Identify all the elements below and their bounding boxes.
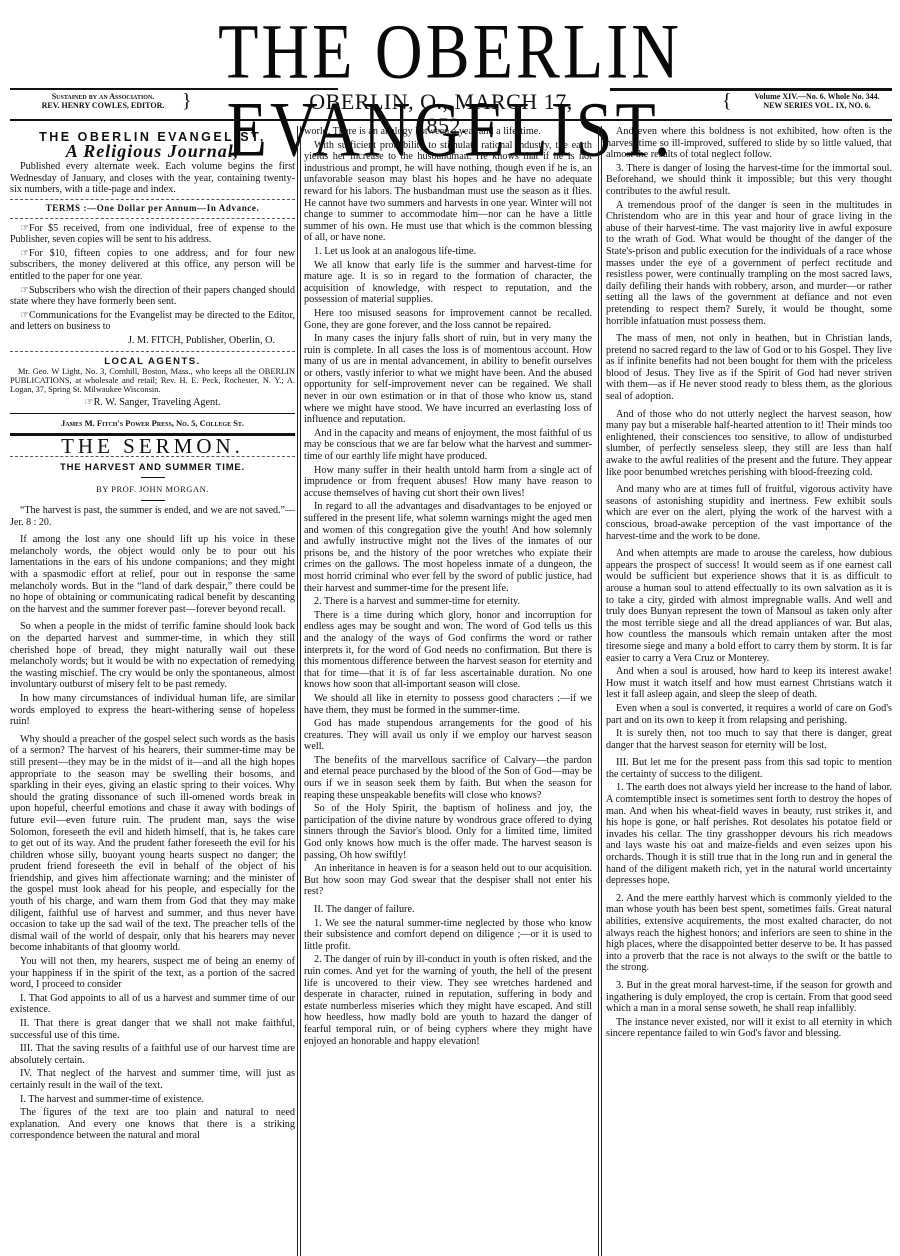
division-point: II. That there is great danger that we s…	[10, 1018, 295, 1041]
editor-line: REV. HENRY COWLES, EDITOR.	[18, 101, 188, 110]
traveling-agent: ☞R. W. Sanger, Traveling Agent.	[10, 397, 295, 409]
paragraph: And when attempts are made to arouse the…	[606, 548, 892, 664]
short-rule	[141, 477, 165, 478]
publisher-box-subtitle: A Religious Journal,	[10, 146, 295, 158]
notice-five-dollars: ☞For $5 received, from one individual, f…	[10, 223, 295, 246]
paragraph: world. There is an analogy between a yea…	[304, 126, 592, 138]
paragraph: And many who are at times full of fruitf…	[606, 484, 892, 542]
paragraph: There is a time during which glory, hono…	[304, 610, 592, 691]
subheading: III. But let me for the present pass fro…	[606, 757, 892, 780]
paragraph: We should all like in eternity to posses…	[304, 693, 592, 716]
article-title: THE HARVEST AND SUMMER TIME.	[10, 462, 295, 474]
sustained-by-line: Sustained by an Association.	[18, 92, 188, 101]
paragraph: In many cases the injury falls short of …	[304, 333, 592, 426]
column-3: And even where this boldness is not exhi…	[606, 126, 892, 1042]
notice-communications: ☞Communications for the Evangelist may b…	[10, 310, 295, 333]
paragraph: 3. There is danger of losing the harvest…	[606, 163, 892, 198]
paragraph: The benefits of the marvellous sacrifice…	[304, 755, 592, 801]
paragraph: 1. The earth does not always yield her i…	[606, 782, 892, 886]
paragraph: 2. The danger of ruin by ill-conduct in …	[304, 954, 592, 1047]
paragraph: So of the Holy Spirit, the baptism of ho…	[304, 803, 592, 861]
paragraph: How many suffer in their health untold h…	[304, 465, 592, 500]
paragraph: In regard to all the advantages and disa…	[304, 501, 592, 594]
column-divider-2	[598, 126, 602, 1256]
editor-credit: Sustained by an Association. REV. HENRY …	[18, 92, 188, 110]
press-line: James M. Fitch's Power Press, No. 5, Col…	[10, 413, 295, 434]
subscription-terms: TERMS :—One Dollar per Annum—In Advance.	[10, 199, 295, 219]
paragraph: Here too misused seasons for improvement…	[304, 308, 592, 331]
volume-line: Volume XIV.—No. 6. Whole No. 344.	[732, 92, 900, 101]
publisher-signature: J. M. FITCH, Publisher, Oberlin, O.	[10, 335, 295, 347]
paragraph: And in the capacity and means of enjoyme…	[304, 428, 592, 463]
subheading: 1. Let us look at an analogous life-time…	[304, 246, 592, 258]
paragraph: The instance never existed, nor will it …	[606, 1017, 892, 1040]
paragraph: Even when a soul is converted, it requir…	[606, 703, 892, 726]
paragraph: The figures of the text are too plain an…	[10, 1107, 295, 1142]
notice-direction-change: ☞Subscribers who wish the direction of t…	[10, 285, 295, 308]
division-point: III. That the saving results of a faithf…	[10, 1043, 295, 1066]
paragraph: 3. But in the great moral harvest-time, …	[606, 980, 892, 1015]
paragraph: So when a people in the midst of terrifi…	[10, 621, 295, 691]
dateline: Sustained by an Association. REV. HENRY …	[0, 88, 900, 118]
paragraph: And of those who do not utterly neglect …	[606, 409, 892, 479]
column-divider-1	[297, 126, 301, 1256]
division-point: IV. That neglect of the harvest and summ…	[10, 1068, 295, 1091]
subheading: 2. There is a harvest and summer-time fo…	[304, 596, 592, 608]
publication-intro: Published every alternate week. Each vol…	[10, 161, 295, 196]
subheading: II. The danger of failure.	[304, 904, 592, 916]
paragraph: A tremendous proof of the danger is seen…	[606, 200, 892, 328]
local-agents-list: Mr. Geo. W Light, No. 3, Cornhill, Bosto…	[10, 367, 295, 394]
subheading: I. The harvest and summer-time of existe…	[10, 1094, 295, 1106]
paragraph: You will not then, my hearers, suspect m…	[10, 956, 295, 991]
paragraph: And when a soul is aroused, how hard to …	[606, 666, 892, 701]
column-2: world. There is an analogy between a yea…	[304, 126, 592, 1049]
brace-right: {	[722, 90, 732, 113]
article-byline: BY PROF. JOHN MORGAN.	[10, 484, 295, 496]
brace-left: }	[182, 90, 192, 113]
notice-ten-dollars: ☞For $10, fifteen copies to one address,…	[10, 248, 295, 283]
local-agents-heading: LOCAL AGENTS.	[10, 351, 295, 368]
section-heading-sermon: THE SERMON.	[10, 441, 295, 453]
paragraph: Why should a preacher of the gospel sele…	[10, 734, 295, 954]
paragraph: God has made stupendous arrangements for…	[304, 718, 592, 753]
paragraph: If among the lost any one should lift up…	[10, 534, 295, 615]
paragraph: With sufficient probability to stimulate…	[304, 140, 592, 244]
paragraph: And even where this boldness is not exhi…	[606, 126, 892, 161]
series-line: NEW SERIES VOL. IX, NO. 6.	[732, 101, 900, 110]
paragraph: It is surely then, not too much to say t…	[606, 728, 892, 751]
paragraph: 2. And the mere earthly harvest which is…	[606, 893, 892, 974]
division-point: I. That God appoints to all of us a harv…	[10, 993, 295, 1016]
volume-info: Volume XIV.—No. 6. Whole No. 344. NEW SE…	[732, 92, 900, 110]
paragraph: We all know that early life is the summe…	[304, 260, 592, 306]
paragraph: In how many circumstances of individual …	[10, 693, 295, 728]
paragraph: The mass of men, not only in heathen, bu…	[606, 333, 892, 403]
paragraph: 1. We see the natural summer-time neglec…	[304, 918, 592, 953]
paragraph: An inheritance in heaven is for a season…	[304, 863, 592, 898]
column-1: THE OBERLIN EVANGELIST, A Religious Jour…	[10, 126, 295, 1144]
epigraph: “The harvest is past, the summer is ende…	[10, 505, 295, 528]
short-rule	[141, 500, 165, 501]
